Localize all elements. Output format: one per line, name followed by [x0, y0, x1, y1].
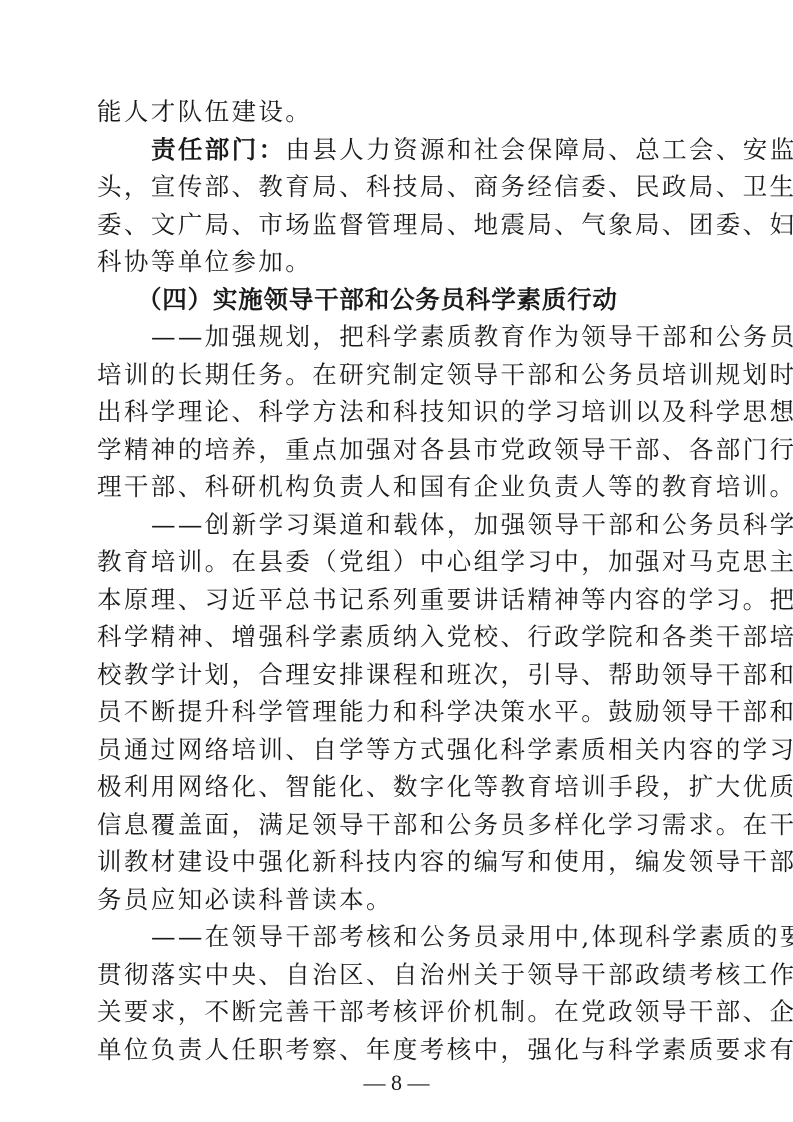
text-line: 头，宣传部、教育局、科技局、商务经信委、民政局、卫生计生: [97, 172, 692, 202]
document-page: 能人才队伍建设。 责任部门：由县人力资源和社会保障局、总工会、安监局牵 头，宣传…: [0, 0, 793, 1122]
text-line: ——在领导干部考核和公务员录用中,体现科学素质的要求。: [151, 922, 692, 952]
text-line: 能人才队伍建设。: [97, 97, 692, 127]
text-line: 教育培训。在县委（党组）中心组学习中，加强对马克思主义基: [97, 547, 692, 577]
text-line: 本原理、习近平总书记系列重要讲话精神等内容的学习。把树立: [97, 585, 692, 615]
text-line: 理干部、科研机构负责人和国有企业负责人等的教育培训。: [97, 472, 692, 502]
page-number: — 8 —: [0, 1070, 793, 1096]
text-line: ——加强规划，把科学素质教育作为领导干部和公务员教育: [151, 322, 692, 352]
text-line: 务员应知必读科普读本。: [97, 885, 692, 915]
text-line: 出科学理论、科学方法和科技知识的学习培训以及科学思想、科: [97, 397, 692, 427]
text-line: 关要求，不断完善干部考核评价机制。在党政领导干部、企事业: [97, 997, 692, 1027]
text-line: 科学精神、增强科学素质纳入党校、行政学院和各类干部培训院: [97, 622, 692, 652]
text-line: 学精神的培养，重点加强对各县市党政领导干部、各部门行政管: [97, 435, 692, 465]
responsibility-paragraph: 责任部门：由县人力资源和社会保障局、总工会、安监局牵: [151, 135, 692, 165]
text-line: 员通过网络培训、自学等方式强化科学素质相关内容的学习。积: [97, 735, 692, 765]
text-line: 信息覆盖面，满足领导干部和公务员多样化学习需求。在干部培: [97, 810, 692, 840]
text-line: 科协等单位参加。: [97, 247, 692, 277]
text-line: 训教材建设中强化新科技内容的编写和使用，编发领导干部和公: [97, 847, 692, 877]
text-line: 贯彻落实中央、自治区、自治州关于领导干部政绩考核工作的有: [97, 960, 692, 990]
section-heading: （四）实施领导干部和公务员科学素质行动: [137, 285, 732, 315]
text-line: ——创新学习渠道和载体，加强领导干部和公务员科学素质: [151, 510, 692, 540]
text-line: 员不断提升科学管理能力和科学决策水平。鼓励领导干部和公务: [97, 697, 692, 727]
text-line: 培训的长期任务。在研究制定领导干部和公务员培训规划时，突: [97, 360, 692, 390]
text-line: 校教学计划，合理安排课程和班次，引导、帮助领导干部和公务: [97, 660, 692, 690]
text-line: 单位负责人任职考察、年度考核中，强化与科学素质要求有关的: [97, 1035, 692, 1065]
text-line: 极利用网络化、智能化、数字化等教育培训手段，扩大优质科普: [97, 772, 692, 802]
text-span: 由县人力资源和社会保障局、总工会、安监局牵: [286, 135, 793, 164]
responsibility-label: 责任部门：: [151, 135, 286, 164]
text-line: 委、文广局、市场监督管理局、地震局、气象局、团委、妇联、: [97, 210, 692, 240]
